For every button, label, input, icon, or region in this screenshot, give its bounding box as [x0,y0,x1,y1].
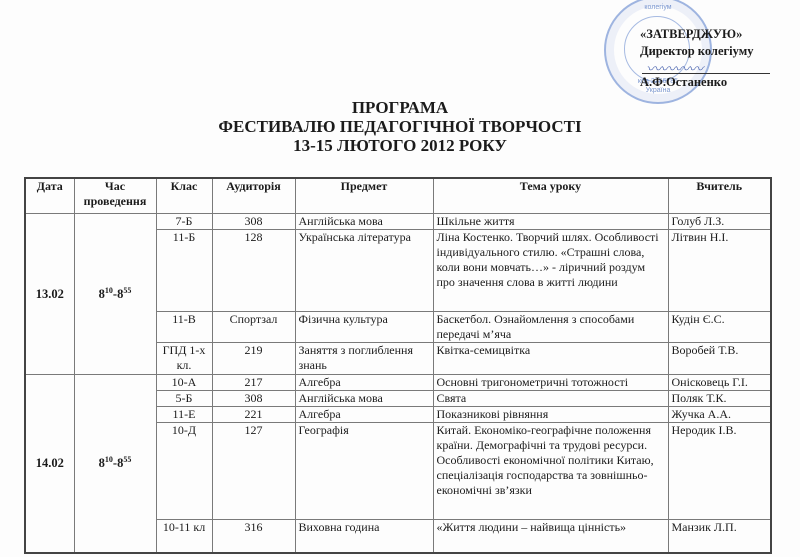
subject-cell: Англійська мова [295,214,433,230]
subject-cell: Українська література [295,230,433,312]
table-row: 13.02810-8557-Б308Англійська моваШкільне… [25,214,771,230]
approval-block: «ЗАТВЕРДЖУЮ» Директор колегіуму А.Ф.Оста… [640,26,754,91]
topic-cell: Баскетбол. Ознайомлення з способами пере… [433,312,668,343]
title-line-2: ФЕСТИВАЛЮ ПЕДАГОГІЧНОЇ ТВОРЧОСТІ [0,117,800,136]
room-cell: 316 [212,520,295,553]
subject-cell: Фізична культура [295,312,433,343]
teacher-cell: Неродик І.В. [668,423,771,520]
signature-line [642,73,770,74]
title-line-1: ПРОГРАМА [0,98,800,117]
teacher-cell: Воробей Т.В. [668,343,771,375]
class-cell: 11-В [156,312,212,343]
teacher-cell: Літвин Н.І. [668,230,771,312]
schedule-table: Дата Час проведення Клас Аудиторія Предм… [24,177,772,554]
topic-cell: Показникові рівняння [433,407,668,423]
teacher-cell: Голуб Л.З. [668,214,771,230]
header-class: Клас [156,178,212,214]
approval-position: Директор колегіуму [640,43,754,60]
header-date: Дата [25,178,74,214]
topic-cell: Шкільне життя [433,214,668,230]
time-start-min: 10 [105,455,113,464]
topic-cell: «Життя людини – найвища цінність» [433,520,668,553]
header-teacher: Вчитель [668,178,771,214]
header-time: Час проведення [74,178,156,214]
room-cell: 219 [212,343,295,375]
teacher-cell: Кудін Є.С. [668,312,771,343]
room-cell: 127 [212,423,295,520]
topic-cell: Квітка-семицвітка [433,343,668,375]
time-start-min: 10 [105,285,113,294]
table-row: 14.02810-85510-А217АлгебраОсновні тригон… [25,375,771,391]
class-cell: 11-Б [156,230,212,312]
topic-cell: Китай. Економіко-географічне положення к… [433,423,668,520]
room-cell: 221 [212,407,295,423]
header-topic: Тема уроку [433,178,668,214]
class-cell: 10-Д [156,423,212,520]
subject-cell: Заняття з поглиблення знань [295,343,433,375]
teacher-cell: Онісковець Г.І. [668,375,771,391]
approval-heading: «ЗАТВЕРДЖУЮ» [640,26,754,43]
approval-name: А.Ф.Останенко [640,74,754,91]
room-cell: 217 [212,375,295,391]
topic-cell: Свята [433,391,668,407]
topic-cell: Основні тригонометричні тотожності [433,375,668,391]
header-subject: Предмет [295,178,433,214]
subject-cell: Географія [295,423,433,520]
time-end-min: 55 [123,455,131,464]
class-cell: 7-Б [156,214,212,230]
room-cell: 128 [212,230,295,312]
teacher-cell: Жучка А.А. [668,407,771,423]
date-cell: 13.02 [25,214,74,375]
room-cell: Спортзал [212,312,295,343]
time-cell: 810-855 [74,214,156,375]
class-cell: 11-Е [156,407,212,423]
subject-cell: Англійська мова [295,391,433,407]
room-cell: 308 [212,214,295,230]
subject-cell: Виховна година [295,520,433,553]
date-cell: 14.02 [25,375,74,553]
subject-cell: Алгебра [295,407,433,423]
document-title: ПРОГРАМА ФЕСТИВАЛЮ ПЕДАГОГІЧНОЇ ТВОРЧОСТ… [0,98,800,155]
teacher-cell: Поляк Т.К. [668,391,771,407]
time-end-min: 55 [123,285,131,294]
table-header-row: Дата Час проведення Клас Аудиторія Предм… [25,178,771,214]
topic-cell: Ліна Костенко. Творчий шлях. Особливості… [433,230,668,312]
title-line-3: 13-15 ЛЮТОГО 2012 РОКУ [0,136,800,155]
teacher-cell: Манзик Л.П. [668,520,771,553]
time-cell: 810-855 [74,375,156,553]
class-cell: ГПД 1-х кл. [156,343,212,375]
class-cell: 10-А [156,375,212,391]
subject-cell: Алгебра [295,375,433,391]
class-cell: 5-Б [156,391,212,407]
stamp-top-text: колегіум [606,4,710,11]
header-room: Аудиторія [212,178,295,214]
room-cell: 308 [212,391,295,407]
class-cell: 10-11 кл [156,520,212,553]
